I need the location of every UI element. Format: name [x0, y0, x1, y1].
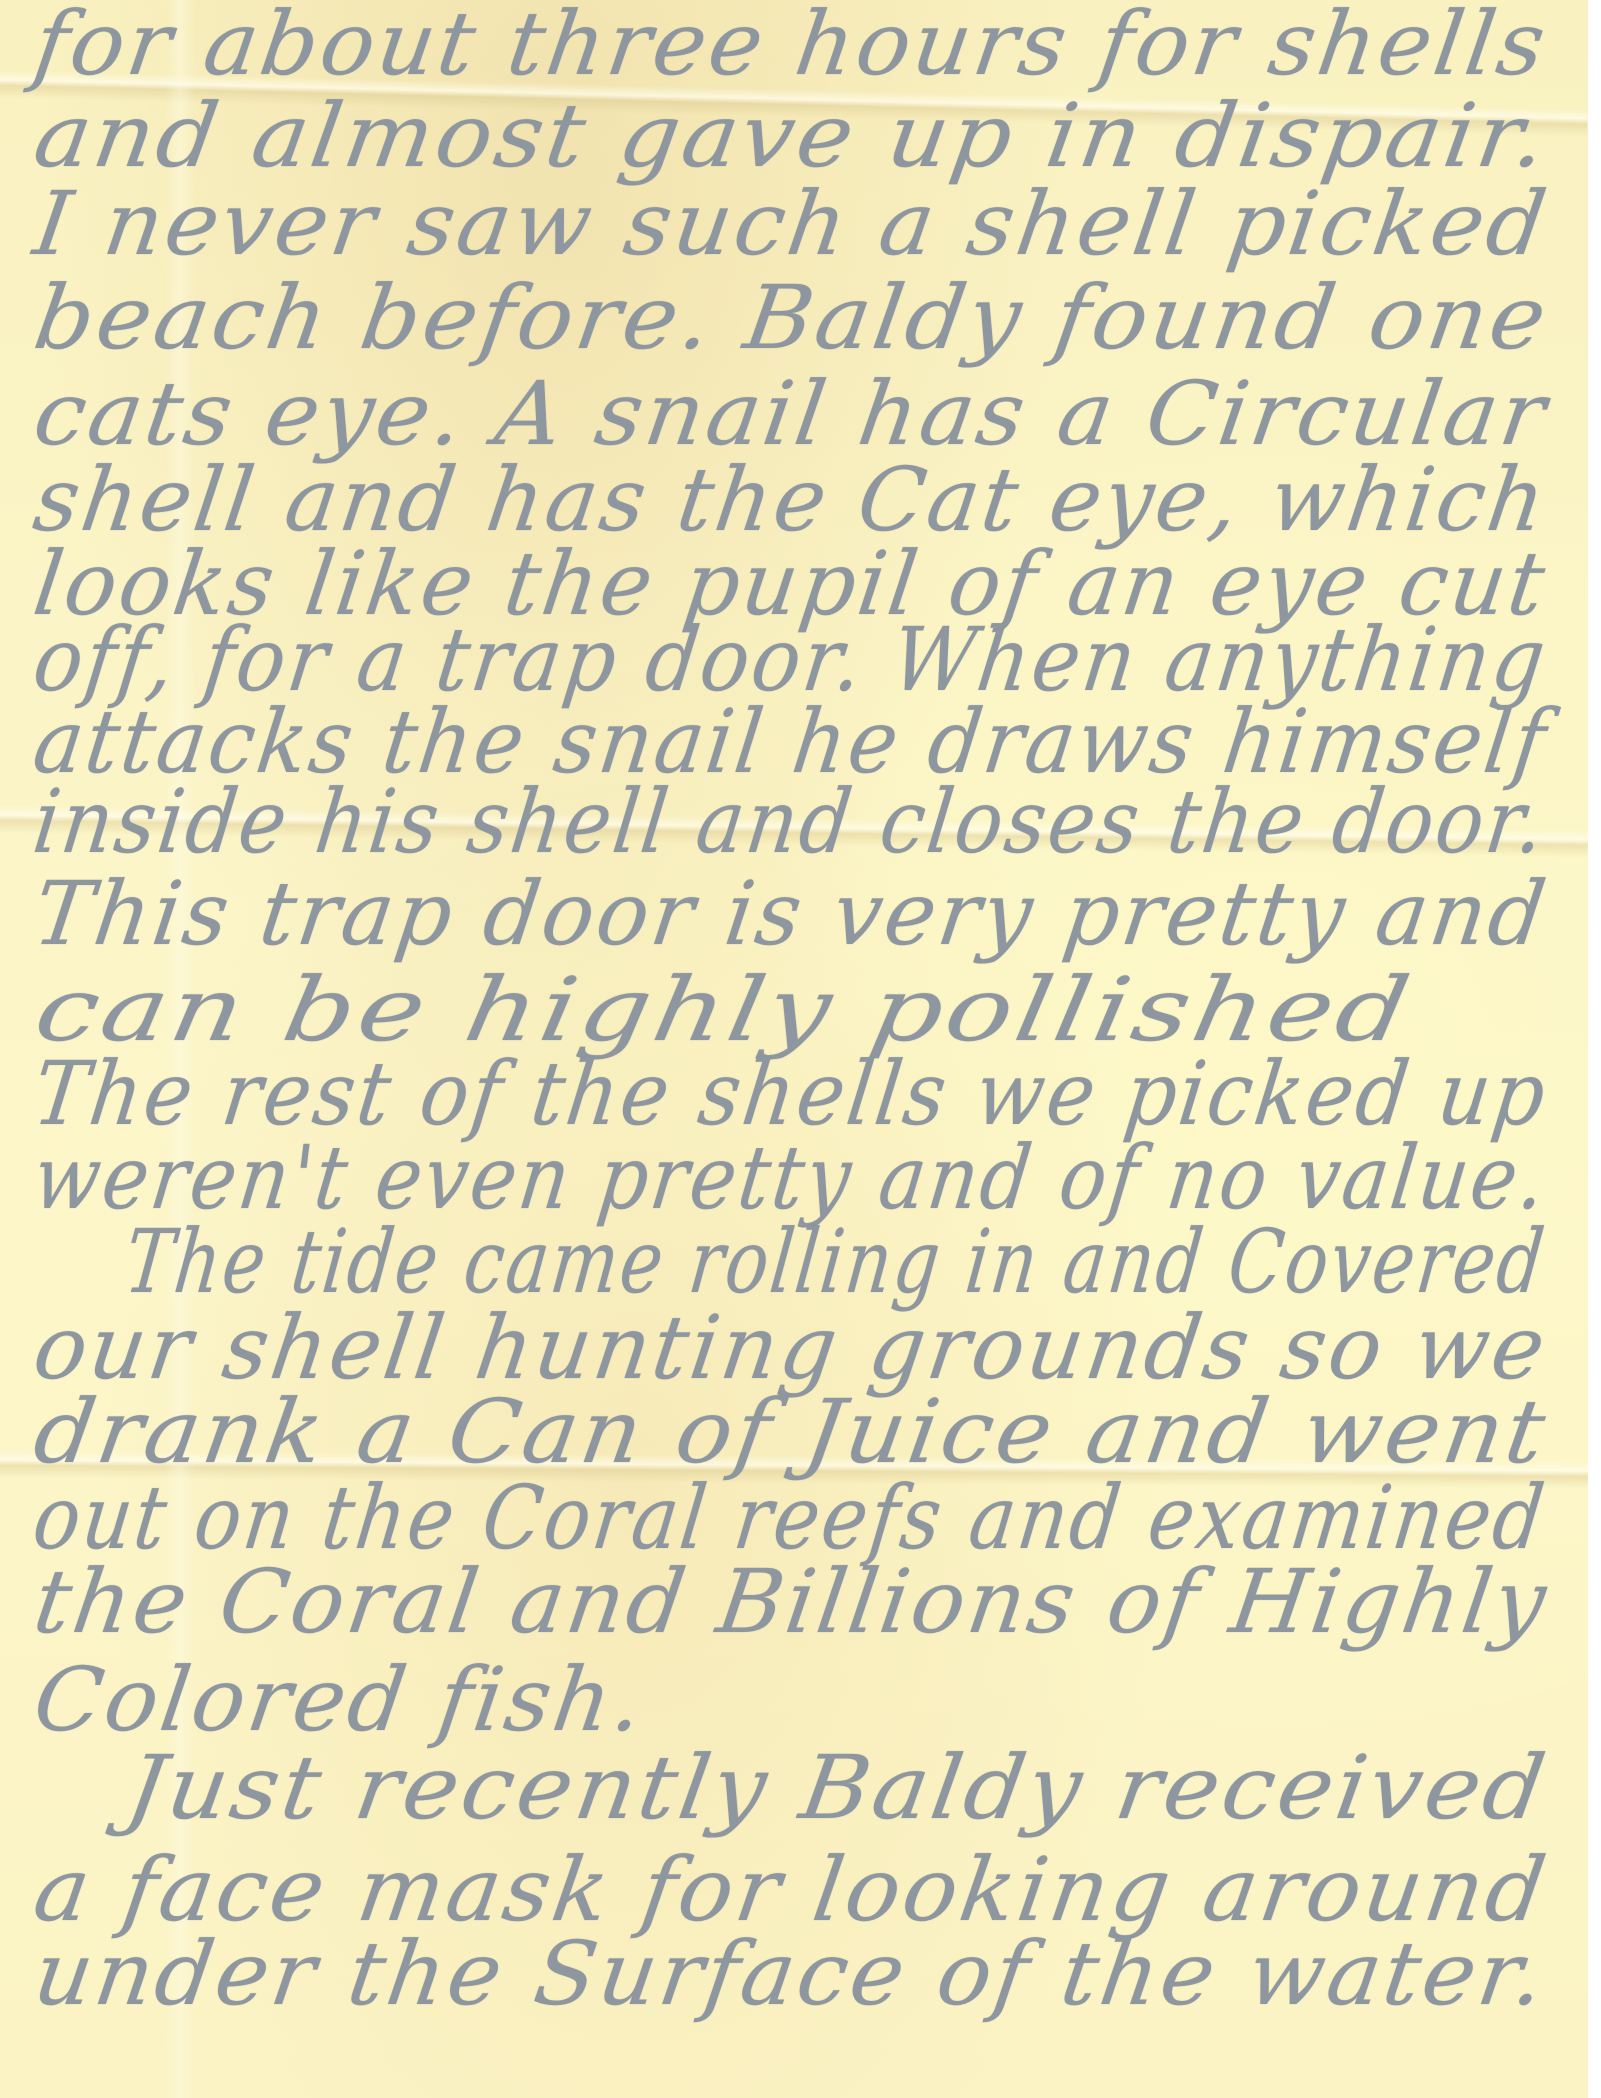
- letter-line: Just recently Baldy received: [120, 1736, 1555, 1839]
- handwritten-text: for about three hours for shells and alm…: [0, 0, 1588, 2098]
- letter-line: This trap door is very pretty and: [28, 862, 1554, 965]
- letter-line: the Coral and Billions of Highly: [28, 1550, 1555, 1653]
- letter-line: inside his shell and closes the door.: [28, 770, 1552, 873]
- letter-line: under the Surface of the water.: [28, 1922, 1554, 2025]
- letter-line: I never saw such a shell picked: [28, 172, 1555, 275]
- letter-line: for about three hours for shells: [28, 0, 1554, 95]
- letter-line: beach before. Baldy found one: [28, 266, 1556, 369]
